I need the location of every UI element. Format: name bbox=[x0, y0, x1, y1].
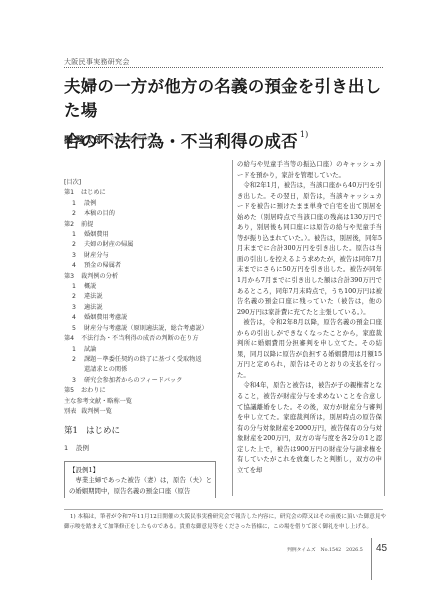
toc-item[interactable]: 第4不法行為・不当利得の成否の判断の在り方 bbox=[64, 334, 224, 344]
toc-item[interactable]: 4預金の帰属者 bbox=[64, 261, 224, 271]
footnote-text: 本稿は，筆者が令和7年11月12日開催の大阪民事実務研究会で報告した内容に，研究… bbox=[64, 514, 386, 530]
page-number: 45 bbox=[376, 543, 387, 554]
toc-item-label: 主な参考文献・略称一覧 bbox=[64, 398, 132, 405]
toc-item[interactable]: 3研究会参加者からのフィードバック bbox=[64, 376, 224, 386]
toc-item-label: 違法説 bbox=[84, 293, 103, 300]
author-affiliation: 京都地方裁判所判事 bbox=[110, 136, 151, 142]
toc-item-label: 財産分与 bbox=[84, 252, 109, 259]
toc-item[interactable]: 2夫婦の財産の帰属 bbox=[64, 240, 224, 250]
toc-item-label: 設例 bbox=[84, 200, 96, 207]
table-of-contents: [目次] 第1はじめに1設例2本稿の目的第2前提1婚姻費用2夫婦の財産の帰属3財… bbox=[64, 178, 224, 417]
toc-item-number: 2 bbox=[72, 355, 84, 365]
paragraph: 令和2年1月，被告は，当該口座から40万円を引き出した。その翌日，原告は，当該キ… bbox=[237, 181, 382, 318]
toc-item[interactable]: 1概説 bbox=[64, 282, 224, 292]
footnote: 1) 本稿は，筆者が令和7年11月12日開催の大阪民事実務研究会で報告した内容に… bbox=[64, 513, 386, 532]
case-example-box: 【設例1】 専業主婦であった被告（妻）は，原告（夫）との婚姻期間中，原告名義の預… bbox=[64, 461, 216, 498]
toc-item-number: 4 bbox=[72, 261, 84, 271]
toc-item-number: 第2 bbox=[64, 220, 81, 230]
case-example-continued-text: の給与や児童手当等の振込口座）のキャッシュカードを預かり，家計を管理していた。 … bbox=[237, 160, 382, 476]
toc-item-number: 1 bbox=[72, 199, 84, 209]
paragraph: の給与や児童手当等の振込口座）のキャッシュカードを預かり，家計を管理していた。 bbox=[237, 160, 382, 181]
toc-item[interactable]: 主な参考文献・略称一覧 bbox=[64, 397, 224, 407]
toc-item-label: 預金の帰属者 bbox=[84, 262, 121, 269]
title-line-1: 夫婦の一方が他方の名義の預金を引き出した場 bbox=[64, 77, 381, 120]
article-title: 夫婦の一方が他方の名義の預金を引き出した場 合の不法行為・不当利得の成否1) bbox=[64, 75, 394, 154]
toc-item-label: おわりに bbox=[81, 387, 106, 394]
toc-item-number: 2 bbox=[72, 209, 84, 219]
toc-item[interactable]: 1設例 bbox=[64, 199, 224, 209]
toc-item[interactable]: 1試論 bbox=[64, 345, 224, 355]
toc-item-label: 裁判例一覧 bbox=[81, 408, 112, 415]
toc-list: 第1はじめに1設例2本稿の目的第2前提1婚姻費用2夫婦の財産の帰属3財産分与4預… bbox=[64, 188, 224, 417]
case-example-text: 専業主婦であった被告（妻）は，原告（夫）との婚姻期間中，原告名義の預金口座（原告 bbox=[69, 475, 212, 496]
case-example-box-continued: の給与や児童手当等の振込口座）のキャッシュカードを預かり，家計を管理していた。 … bbox=[232, 160, 385, 496]
toc-item-label: 夫婦の財産の帰属 bbox=[84, 241, 134, 248]
title-footnote-mark[interactable]: 1) bbox=[300, 130, 309, 139]
toc-item-label: 財産分与考慮説（原則適法説，総合考慮説） bbox=[84, 325, 208, 332]
toc-item[interactable]: 1婚姻費用 bbox=[64, 230, 224, 240]
toc-item[interactable]: 3財産分与 bbox=[64, 251, 224, 261]
author-name: 闖 隆太郎 bbox=[64, 133, 103, 146]
toc-item-number: 2 bbox=[72, 240, 84, 250]
toc-item-number: 3 bbox=[72, 303, 84, 313]
toc-item[interactable]: 還請求との関係 bbox=[64, 365, 224, 375]
toc-item-number: 第4 bbox=[64, 334, 81, 344]
toc-item[interactable]: 5財産分与考慮説（原則適法説，総合考慮説） bbox=[64, 324, 224, 334]
page-number-divider bbox=[371, 538, 372, 580]
toc-item-label: 婚姻費用考慮説 bbox=[84, 314, 127, 321]
toc-item-label: 課題－準委任契約の終了に基づく受取物返 bbox=[84, 356, 202, 363]
toc-item-label: 試論 bbox=[84, 346, 96, 353]
toc-item-label: 概説 bbox=[84, 283, 96, 290]
toc-item-label: 本稿の目的 bbox=[84, 210, 115, 217]
toc-item-label: 婚姻費用 bbox=[84, 231, 109, 238]
toc-item-number: 1 bbox=[72, 345, 84, 355]
toc-item-label: 研究会参加者からのフィードバック bbox=[84, 377, 182, 384]
subsection-number: 1 bbox=[64, 444, 76, 452]
footnote-divider bbox=[64, 509, 383, 510]
paragraph: 令和4年，原告と被告は，被告が子の親権者となること，被告が財産分与を求めないこと… bbox=[237, 381, 382, 476]
toc-item[interactable]: 2課題－準委任契約の終了に基づく受取物返 bbox=[64, 355, 224, 365]
toc-item[interactable]: 別表裁判例一覧 bbox=[64, 407, 224, 417]
toc-item-label: 還請求との関係 bbox=[84, 366, 127, 373]
toc-item-number: 第1 bbox=[64, 188, 81, 198]
journal-info: 判例タイムズ No.1542 2026.5 bbox=[287, 546, 363, 553]
toc-item[interactable]: 2違法説 bbox=[64, 292, 224, 302]
toc-item-number: 3 bbox=[72, 251, 84, 261]
dotted-divider bbox=[64, 67, 383, 68]
toc-item-number: 3 bbox=[72, 376, 84, 386]
toc-item-label: 前提 bbox=[81, 221, 93, 228]
section-title: はじめに bbox=[86, 426, 120, 436]
toc-item-number: 1 bbox=[72, 282, 84, 292]
toc-item[interactable]: 4婚姻費用考慮説 bbox=[64, 313, 224, 323]
toc-item[interactable]: 2本稿の目的 bbox=[64, 209, 224, 219]
section-heading: 第1はじめに bbox=[64, 424, 120, 436]
footnote-mark: 1) bbox=[70, 514, 76, 520]
case-example-label: 【設例1】 bbox=[69, 465, 99, 474]
toc-item[interactable]: 第2前提 bbox=[64, 220, 224, 230]
toc-item[interactable]: 第5おわりに bbox=[64, 386, 224, 396]
toc-item-label: 適法説 bbox=[84, 304, 103, 311]
toc-item-number: 第5 bbox=[64, 386, 81, 396]
toc-item-number: 別表 bbox=[64, 407, 81, 417]
toc-heading: [目次] bbox=[64, 178, 224, 188]
toc-item-number: 5 bbox=[72, 324, 84, 334]
section-number: 第1 bbox=[64, 424, 86, 436]
toc-item-label: 裁判例の分析 bbox=[81, 273, 118, 280]
toc-item-number: 4 bbox=[72, 313, 84, 323]
series-label: 大阪民事実務研究会 bbox=[64, 57, 130, 67]
toc-item[interactable]: 3適法説 bbox=[64, 303, 224, 313]
toc-item[interactable]: 第1はじめに bbox=[64, 188, 224, 198]
toc-item-label: 不法行為・不当利得の成否の判断の在り方 bbox=[81, 335, 199, 342]
toc-item-number: 第3 bbox=[64, 272, 81, 282]
toc-item-number: 2 bbox=[72, 292, 84, 302]
subsection-heading: 1設例 bbox=[64, 443, 89, 452]
toc-item-label: はじめに bbox=[81, 189, 106, 196]
toc-item[interactable]: 第3裁判例の分析 bbox=[64, 272, 224, 282]
subsection-title: 設例 bbox=[76, 444, 89, 452]
paragraph: 被告は，令和2年8月以降，原告名義の預金口座からの引出しができなくなったことから… bbox=[237, 318, 382, 381]
toc-item-number: 1 bbox=[72, 230, 84, 240]
